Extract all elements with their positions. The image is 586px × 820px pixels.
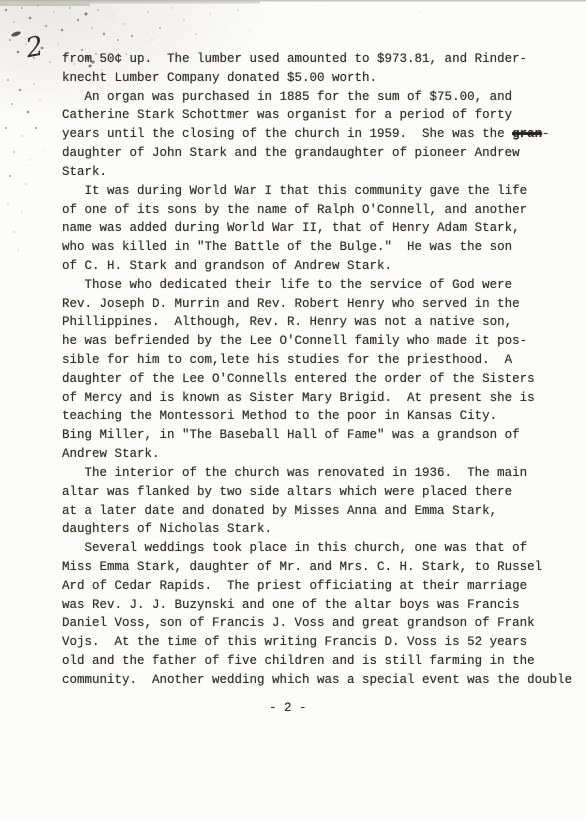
text-line: daughter of John Stark and the grandaugh… [62,144,572,163]
text-line: Catherine Stark Schottmer was organist f… [62,106,572,125]
text-line: old and the father of five children and … [62,652,572,671]
text-line: The interior of the church was renovated… [62,464,572,483]
text-line: An organ was purchased in 1885 for the s… [62,88,572,107]
text-segment: - [542,127,550,141]
text-line: teaching the Montessori Method to the po… [62,407,572,426]
handwritten-page-number: 2 [23,31,45,65]
text-segment: years until the closing of the church in… [62,127,512,141]
text-line: community. Another wedding which was a s… [62,671,572,690]
text-line: from 50¢ up. The lumber used amounted to… [62,50,572,69]
scanned-page: 2 from 50¢ up. The lumber used amounted … [0,0,586,820]
text-line: Several weddings took place in this chur… [62,539,572,558]
text-line: Rev. Joseph D. Murrin and Rev. Robert He… [62,295,572,314]
text-line: It was during World War I that this comm… [62,182,572,201]
text-line: name was added during World War II, that… [62,219,572,238]
text-line: daughter of the Lee O'Connells entered t… [62,370,572,389]
text-line: at a later date and donated by Misses An… [62,502,572,521]
page-number: - 2 - [269,701,307,715]
text-line: years until the closing of the church in… [62,125,572,144]
text-line: of Mercy and is known as Sister Mary Bri… [62,389,572,408]
typewritten-text: from 50¢ up. The lumber used amounted to… [62,50,572,690]
text-line: Stark. [62,163,572,182]
text-line: of C. H. Stark and grandson of Andrew St… [62,257,572,276]
text-line: he was befriended by the Lee O'Connell f… [62,332,572,351]
text-line: of one of its sons by the name of Ralph … [62,201,572,220]
text-line: Bing Miller, in "The Baseball Hall of Fa… [62,426,572,445]
text-line: who was killed in "The Battle of the Bul… [62,238,572,257]
text-line: Miss Emma Stark, daughter of Mr. and Mrs… [62,558,572,577]
text-line: Ard of Cedar Rapids. The priest officiat… [62,577,572,596]
text-line: Vojs. At the time of this writing Franci… [62,633,572,652]
text-line: Those who dedicated their life to the se… [62,276,572,295]
text-line: Daniel Voss, son of Francis J. Voss and … [62,614,572,633]
text-line: altar was flanked by two side altars whi… [62,483,572,502]
text-line: knecht Lumber Company donated $5.00 wort… [62,69,572,88]
text-line: Andrew Stark. [62,445,572,464]
text-line: daughters of Nicholas Stark. [62,520,572,539]
text-line: Phillippines. Although, Rev. R. Henry wa… [62,313,572,332]
struck-word: gran [512,127,542,141]
text-line: was Rev. J. J. Buzynski and one of the a… [62,596,572,615]
text-line: sible for him to com,lete his studies fo… [62,351,572,370]
